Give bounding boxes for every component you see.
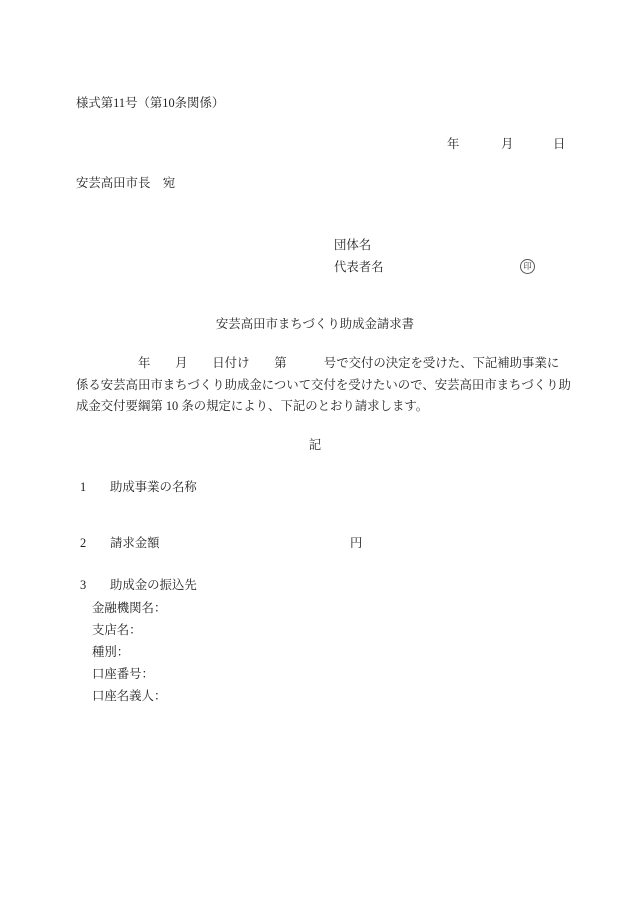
addressee: 安芸高田市長 宛 bbox=[76, 176, 376, 190]
issue-date-line: 年 月 日 bbox=[0, 137, 630, 153]
date-month-label: 月 bbox=[501, 137, 513, 151]
group-name-label: 団体名 bbox=[334, 238, 584, 252]
item-claim-amount: 2 請求金額 円 bbox=[0, 536, 630, 552]
bank-field-account-type: 種別： bbox=[92, 645, 392, 659]
bank-field-account-holder: 口座名義人： bbox=[92, 689, 392, 703]
amount-unit-label: 円 bbox=[350, 536, 362, 550]
date-day-label: 日 bbox=[553, 137, 565, 151]
record-heading: 記 bbox=[0, 438, 630, 452]
bank-field-account-number: 口座番号： bbox=[92, 667, 392, 681]
representative-line: 代表者名 印 bbox=[0, 260, 630, 278]
item-number: 2 bbox=[80, 536, 86, 550]
seal-icon: 印 bbox=[520, 259, 535, 274]
item-label: 助成事業の名称 bbox=[110, 480, 197, 494]
item-transfer-account: 3 助成金の振込先 bbox=[0, 578, 630, 594]
form-number: 様式第11号（第10条関係） bbox=[76, 96, 476, 110]
item-project-name: 1 助成事業の名称 bbox=[0, 480, 630, 496]
document-title: 安芸高田市まちづくり助成金請求書 bbox=[0, 317, 630, 331]
item-number: 1 bbox=[80, 480, 86, 494]
body-paragraph-line: 係る安芸高田市まちづくり助成金について交付を受けたいので、安芸高田市まちづくり助 bbox=[76, 378, 581, 392]
body-paragraph-line: 成金交付要綱第 10 条の規定により、下記のとおり請求します。 bbox=[76, 399, 581, 413]
date-year-label: 年 bbox=[447, 137, 459, 151]
body-paragraph-line: 年 月 日付け 第 号で交付の決定を受けた、下記補助事業に bbox=[76, 356, 581, 370]
item-number: 3 bbox=[80, 578, 86, 592]
item-label: 請求金額 bbox=[110, 536, 160, 550]
bank-field-branch-name: 支店名： bbox=[92, 623, 392, 637]
bank-field-financial-institution: 金融機関名： bbox=[92, 601, 392, 615]
item-label: 助成金の振込先 bbox=[110, 578, 197, 592]
document-page: 様式第11号（第10条関係） 年 月 日 安芸高田市長 宛 団体名 代表者名 印… bbox=[0, 0, 630, 903]
representative-name-label: 代表者名 bbox=[334, 260, 384, 274]
